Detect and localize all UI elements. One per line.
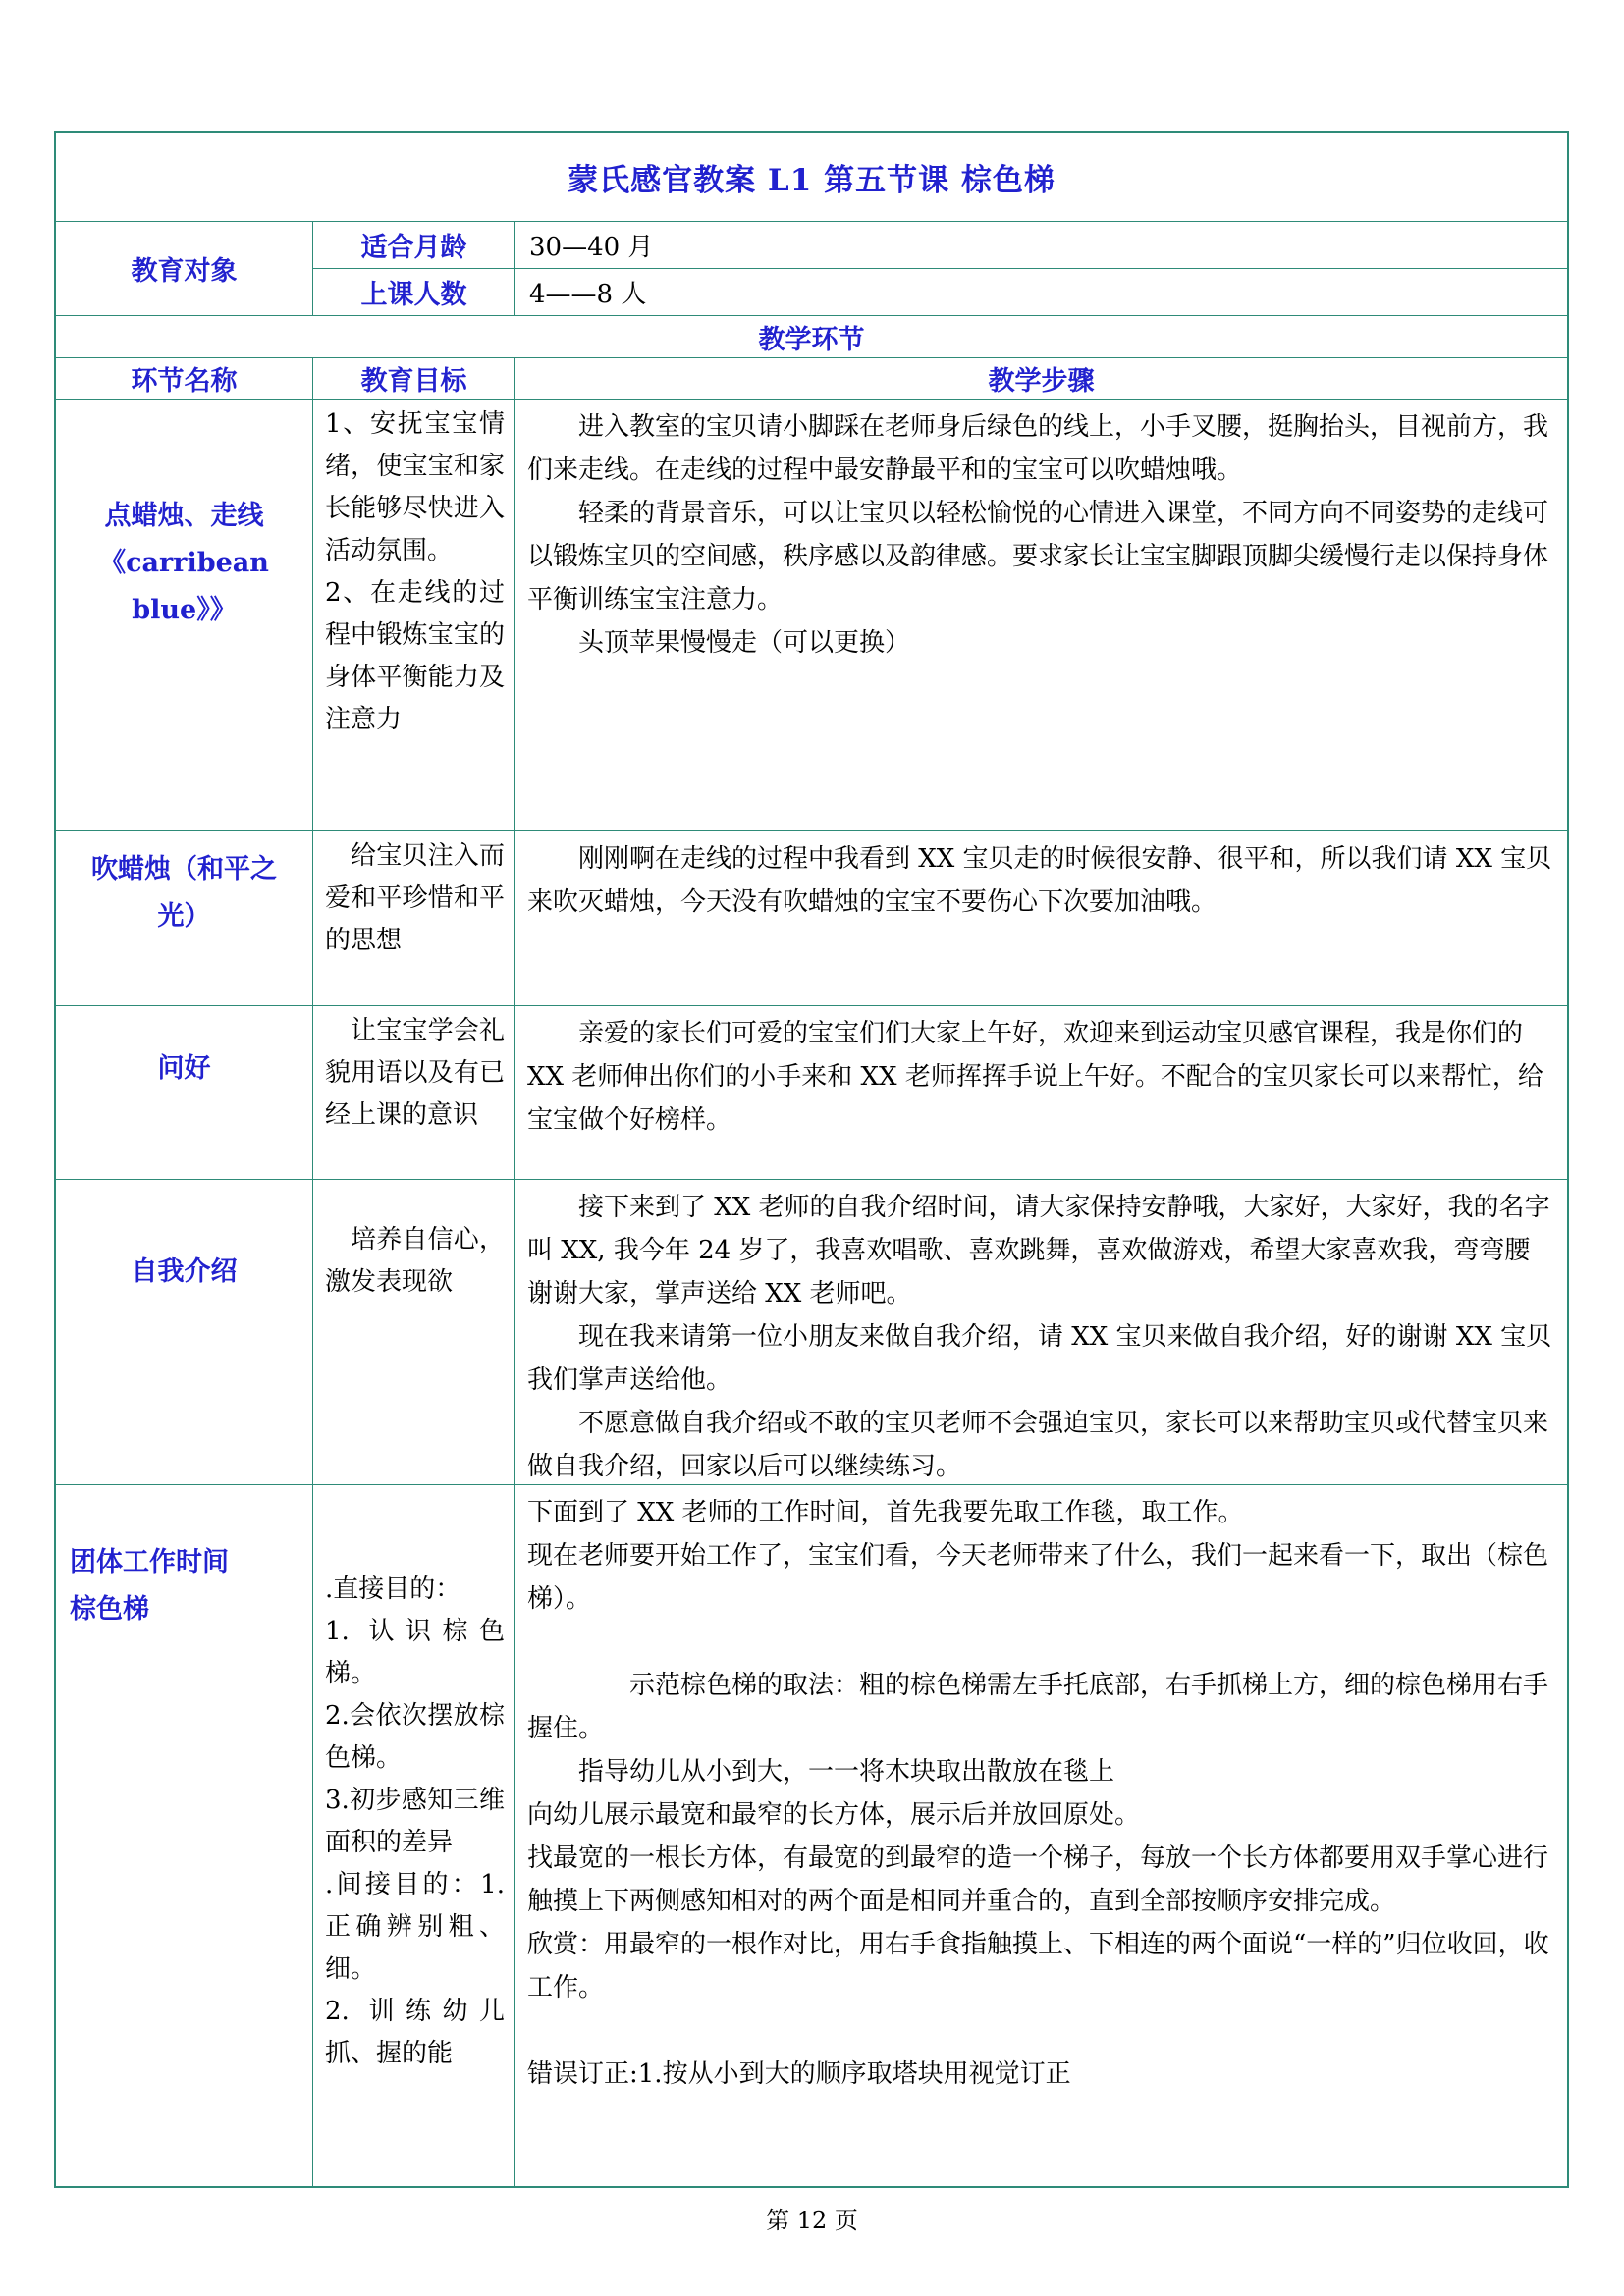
teaching-steps: 接下来到了 XX 老师的自我介绍时间，请大家保持安静哦，大家好，大家好，我的名字…: [515, 1180, 1567, 1484]
table-row: 吹蜡烛（和平之 光） 给宝贝注入而爱和平珍惜和平的思想 刚刚啊在走线的过程中我看…: [56, 831, 1567, 1006]
blank-line: [527, 2009, 1553, 2053]
lesson-plan-table: 蒙氏感官教案 L1 第五节课 棕色梯 教育对象 适合月龄 30—40 月 上课人…: [54, 131, 1569, 2188]
class-size-subrow: 上课人数 4——8 人: [313, 269, 1567, 315]
age-label: 适合月龄: [313, 222, 515, 268]
section-header-row: 教学环节: [56, 316, 1567, 358]
teaching-steps: 进入教室的宝贝请小脚踩在老师身后绿色的线上，小手叉腰，挺胸抬头，目视前方，我们来…: [515, 400, 1567, 830]
column-header-steps: 教学步骤: [515, 358, 1567, 399]
teaching-steps: 亲爱的家长们可爱的宝宝们们大家上午好，欢迎来到运动宝贝感官课程，我是你们的 XX…: [515, 1006, 1567, 1179]
table-row: 问好 让宝宝学会礼貌用语以及有已经上课的意识 亲爱的家长们可爱的宝宝们们大家上午…: [56, 1006, 1567, 1180]
education-target-row: 教育对象 适合月龄 30—40 月 上课人数 4——8 人: [56, 222, 1567, 316]
education-goal: 培养自信心，激发表现欲: [313, 1180, 515, 1484]
column-header-name: 环节名称: [56, 358, 313, 399]
stage-name: 自我介绍: [56, 1180, 313, 1484]
teaching-steps: 刚刚啊在走线的过程中我看到 XX 宝贝走的时候很安静、很平和，所以我们请 XX …: [515, 831, 1567, 1005]
education-goal: .直接目的： 1. 认识棕色梯。 2.会依次摆放棕色梯。 3.初步感知三维面积的…: [313, 1485, 515, 2186]
education-target-details: 适合月龄 30—40 月 上课人数 4——8 人: [313, 222, 1567, 315]
education-goal: 给宝贝注入而爱和平珍惜和平的思想: [313, 831, 515, 1005]
teaching-steps: 下面到了 XX 老师的工作时间，首先我要先取工作毯，取工作。 现在老师要开始工作…: [515, 1485, 1567, 2186]
table-row: 点蜡烛、走线 《carribean blue》》 1、安抚宝宝情绪，使宝宝和家长…: [56, 400, 1567, 831]
education-target-label: 教育对象: [56, 222, 313, 315]
education-goal: 让宝宝学会礼貌用语以及有已经上课的意识: [313, 1006, 515, 1179]
title-row: 蒙氏感官教案 L1 第五节课 棕色梯: [56, 133, 1567, 222]
table-row: 自我介绍 培养自信心，激发表现欲 接下来到了 XX 老师的自我介绍时间，请大家保…: [56, 1180, 1567, 1485]
stage-name: 吹蜡烛（和平之 光）: [56, 831, 313, 1005]
class-size-value: 4——8 人: [515, 269, 1567, 315]
section-header: 教学环节: [56, 316, 1567, 357]
page-title: 蒙氏感官教案 L1 第五节课 棕色梯: [56, 133, 1567, 221]
class-size-label: 上课人数: [313, 269, 515, 315]
page-number: 第 12 页: [0, 2201, 1624, 2235]
column-header-goal: 教育目标: [313, 358, 515, 399]
stage-name: 点蜡烛、走线 《carribean blue》》: [56, 400, 313, 830]
document-page: 蒙氏感官教案 L1 第五节课 棕色梯 教育对象 适合月龄 30—40 月 上课人…: [0, 0, 1624, 2296]
column-header-row: 环节名称 教育目标 教学步骤: [56, 358, 1567, 400]
age-value: 30—40 月: [515, 222, 1567, 268]
stage-name: 问好: [56, 1006, 313, 1179]
stage-name: 团体工作时间 棕色梯: [56, 1485, 313, 2186]
blank-line: [527, 1621, 1553, 1664]
education-goal: 1、安抚宝宝情绪，使宝宝和家长能够尽快进入活动氛围。 2、在走线的过程中锻炼宝宝…: [313, 400, 515, 830]
age-subrow: 适合月龄 30—40 月: [313, 222, 1567, 269]
table-row: 团体工作时间 棕色梯 .直接目的： 1. 认识棕色梯。 2.会依次摆放棕色梯。 …: [56, 1485, 1567, 2186]
